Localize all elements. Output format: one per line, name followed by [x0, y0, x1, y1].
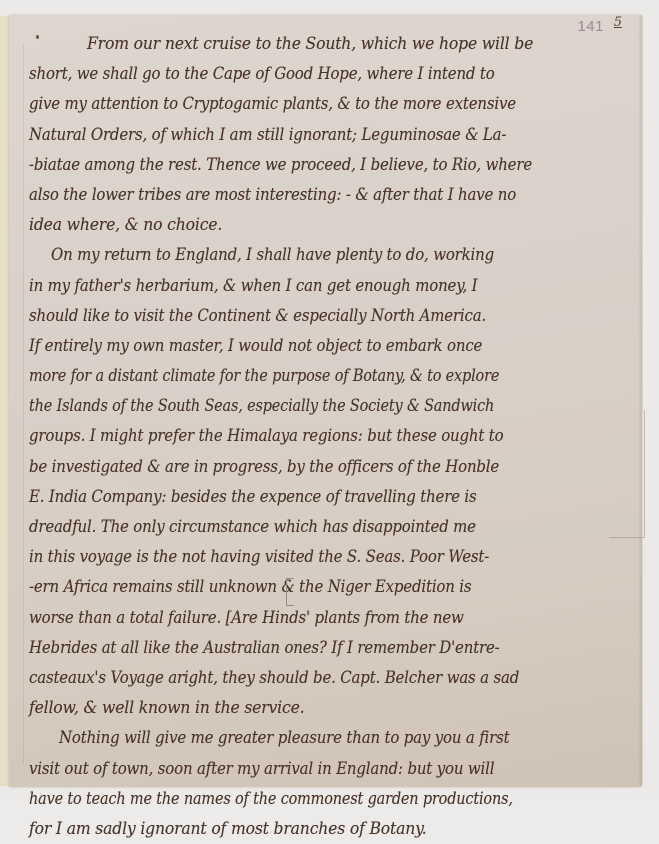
handwritten-line: On my return to England, I shall have pl…	[29, 240, 639, 270]
line-text: should like to visit the Continent & esp…	[29, 301, 486, 331]
handwritten-line: give my attention to Cryptogamic plants,…	[29, 89, 639, 119]
handwritten-line: groups. I might prefer the Himalaya regi…	[29, 421, 639, 451]
handwritten-line: fellow, & well known in the service.	[29, 693, 639, 723]
handwritten-line: in this voyage is the not having visited…	[29, 542, 639, 572]
line-text: visit out of town, soon after my arrival…	[29, 754, 494, 784]
page-number: 5	[614, 15, 622, 30]
line-text: -biatae among the rest. Thence we procee…	[29, 150, 532, 180]
line-text: Nothing will give me greater pleasure th…	[59, 723, 509, 753]
line-text: -ern Africa remains still unknown & the …	[29, 572, 471, 602]
handwritten-line: idea where, & no choice.	[29, 210, 639, 240]
handwritten-line: short, we shall go to the Cape of Good H…	[29, 59, 639, 89]
handwritten-line: also the lower tribes are most interesti…	[29, 180, 639, 210]
handwritten-line: If entirely my own master, I would not o…	[29, 331, 639, 361]
handwritten-line: -ern Africa remains still unknown & the …	[29, 572, 639, 602]
handwritten-line: dreadful. The only circumstance which ha…	[29, 512, 639, 542]
line-text: groups. I might prefer the Himalaya regi…	[29, 421, 503, 451]
line-text: casteaux's Voyage aright, they should be…	[29, 663, 519, 693]
line-text: Hebrides at all like the Australian ones…	[29, 633, 500, 663]
line-text: be investigated & are in progress, by th…	[29, 452, 499, 482]
handwritten-line: be investigated & are in progress, by th…	[29, 452, 639, 482]
line-text: give my attention to Cryptogamic plants,…	[29, 89, 516, 119]
line-text: also the lower tribes are most interesti…	[29, 180, 516, 210]
handwritten-line: visit out of town, soon after my arrival…	[29, 754, 639, 784]
manuscript-page: 141 5 From our next cruise to the South,…	[9, 15, 642, 787]
handwritten-line: Natural Orders, of which I am still igno…	[29, 120, 639, 150]
line-text: idea where, & no choice.	[29, 210, 222, 240]
line-text: E. India Company: besides the expence of…	[29, 482, 477, 512]
line-text: Natural Orders, of which I am still igno…	[29, 120, 506, 150]
line-text: worse than a total failure. [Are Hinds' …	[29, 603, 464, 633]
handwritten-line: Hebrides at all like the Australian ones…	[29, 633, 639, 663]
bracket-mark	[286, 578, 294, 606]
line-text: in this voyage is the not having visited…	[29, 542, 489, 572]
line-text: If entirely my own master, I would not o…	[29, 331, 482, 361]
line-text: the Islands of the South Seas, especiall…	[29, 391, 494, 421]
line-text: more for a distant climate for the purpo…	[29, 361, 499, 391]
handwritten-line: Nothing will give me greater pleasure th…	[29, 723, 639, 753]
handwritten-line: From our next cruise to the South, which…	[29, 29, 639, 59]
handwritten-line: in my father's herbarium, & when I can g…	[29, 271, 639, 301]
line-text: short, we shall go to the Cape of Good H…	[29, 59, 495, 89]
line-text: dreadful. The only circumstance which ha…	[29, 512, 476, 542]
handwritten-line: have to teach me the names of the common…	[29, 784, 639, 800]
line-text: From our next cruise to the South, which…	[87, 29, 533, 59]
handwritten-line: casteaux's Voyage aright, they should be…	[29, 663, 639, 693]
handwritten-line: E. India Company: besides the expence of…	[29, 482, 639, 512]
margin-mark	[609, 410, 645, 538]
line-text: in my father's herbarium, & when I can g…	[29, 271, 477, 301]
handwritten-line: the Islands of the South Seas, especiall…	[29, 391, 639, 421]
handwritten-line: should like to visit the Continent & esp…	[29, 301, 639, 331]
fold-line	[23, 45, 24, 765]
line-text: On my return to England, I shall have pl…	[51, 240, 494, 270]
letter-body: From our next cruise to the South, which…	[29, 29, 639, 800]
line-text: fellow, & well known in the service.	[29, 693, 304, 723]
handwritten-line: worse than a total failure. [Are Hinds' …	[29, 603, 639, 633]
handwritten-line: more for a distant climate for the purpo…	[29, 361, 639, 391]
line-text: have to teach me the names of the common…	[29, 784, 513, 800]
handwritten-line: -biatae among the rest. Thence we procee…	[29, 150, 639, 180]
